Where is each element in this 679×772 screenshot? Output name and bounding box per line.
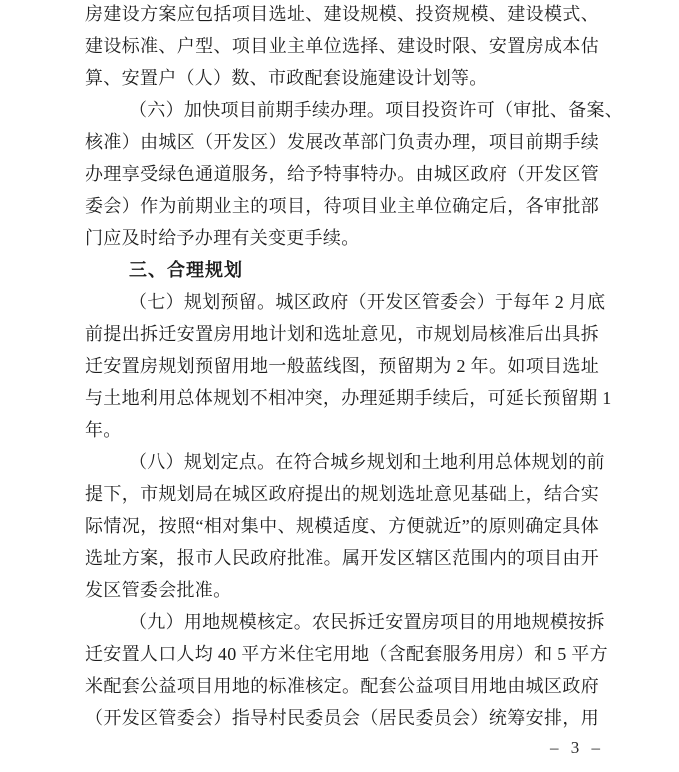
document-page: 房建设方案应包括项目选址、建设规模、投资规模、建设模式、 建设标准、户型、项目业… (0, 0, 679, 772)
document-line: 前提出拆迁安置房用地计划和选址意见，市规划局核准后出具拆 (85, 318, 599, 350)
document-line: 迁安置人口人均 40 平方米住宅用地（含配套服务用房）和 5 平方 (85, 638, 599, 670)
document-line: 选址方案，报市人民政府批准。属开发区辖区范围内的项目由开 (85, 542, 599, 574)
document-line: 算、安置户（人）数、市政配套设施建设计划等。 (85, 62, 599, 94)
document-line: 办理享受绿色通道服务，给予特事特办。由城区政府（开发区管 (85, 158, 599, 190)
document-line: （六）加快项目前期手续办理。项目投资许可（审批、备案、 (85, 94, 599, 126)
document-line: （八）规划定点。在符合城乡规划和土地利用总体规划的前 (85, 446, 599, 478)
document-line: 建设标准、户型、项目业主单位选择、建设时限、安置房成本估 (85, 30, 599, 62)
section-heading: 三、合理规划 (85, 254, 599, 286)
document-line: （开发区管委会）指导村民委员会（居民委员会）统筹安排，用 (85, 702, 599, 734)
document-line: 房建设方案应包括项目选址、建设规模、投资规模、建设模式、 (85, 0, 599, 30)
document-line: 米配套公益项目用地的标准核定。配套公益项目用地由城区政府 (85, 670, 599, 702)
document-line: 委会）作为前期业主的项目，待项目业主单位确定后，各审批部 (85, 190, 599, 222)
document-line: 与土地利用总体规划不相冲突，办理延期手续后，可延长预留期 1 (85, 382, 599, 414)
document-line: 迁安置房规划预留用地一般蓝线图，预留期为 2 年。如项目选址 (85, 350, 599, 382)
document-line: 际情况，按照“相对集中、规模适度、方便就近”的原则确定具体 (85, 510, 599, 542)
document-line: 提下，市规划局在城区政府提出的规划选址意见基础上，结合实 (85, 478, 599, 510)
document-line: （七）规划预留。城区政府（开发区管委会）于每年 2 月底 (85, 286, 599, 318)
document-line: 发区管委会批准。 (85, 574, 599, 606)
document-text-block: 房建设方案应包括项目选址、建设规模、投资规模、建设模式、 建设标准、户型、项目业… (85, 0, 599, 734)
document-line: （九）用地规模核定。农民拆迁安置房项目的用地规模按拆 (85, 606, 599, 638)
document-line: 门应及时给予办理有关变更手续。 (85, 222, 599, 254)
document-line: 年。 (85, 414, 599, 446)
document-line: 核准）由城区（开发区）发展改革部门负责办理，项目前期手续 (85, 126, 599, 158)
page-number: – 3 – (550, 736, 600, 760)
